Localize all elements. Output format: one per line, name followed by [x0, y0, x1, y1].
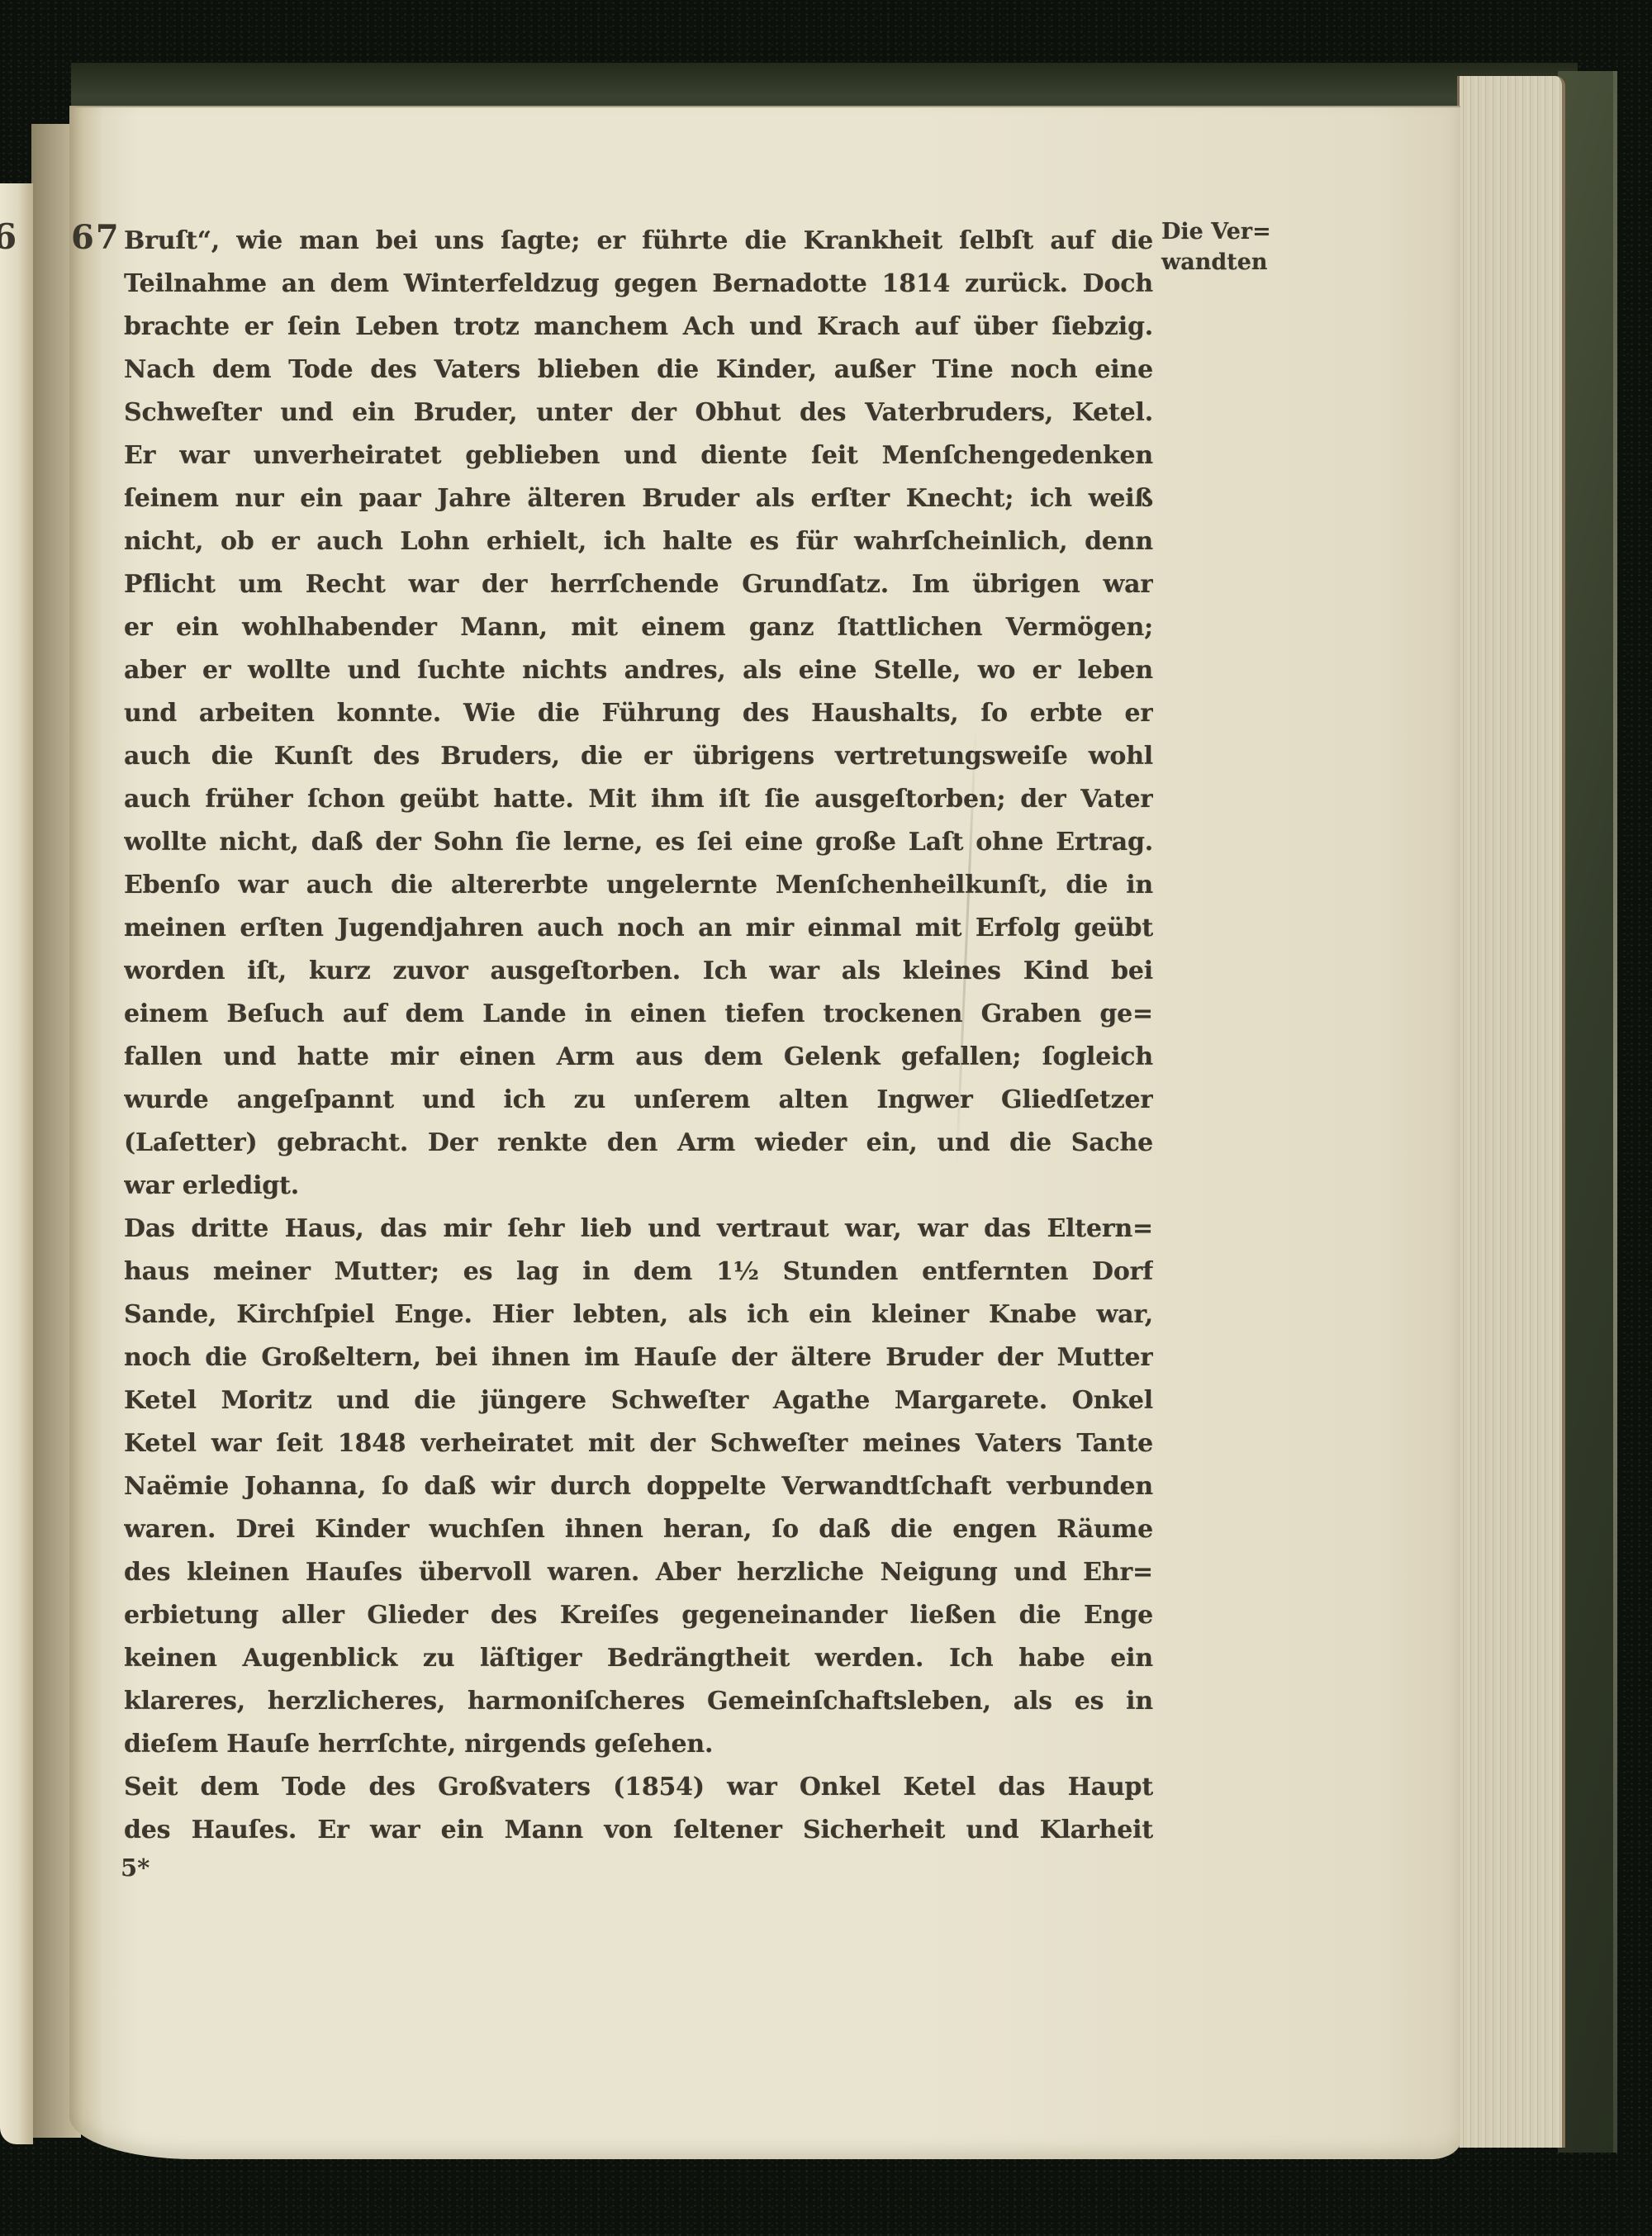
text-line: Naëmie Johanna, ſo daß wir durch doppelt…: [124, 1465, 1153, 1508]
text-line: keinen Augenblick zu läſtiger Bedrängthe…: [124, 1637, 1153, 1680]
margin-note-line: Die Ver=: [1161, 216, 1318, 247]
text-line: meinen erſten Jugendjahren auch noch an …: [124, 907, 1153, 950]
book-scan-photo: 6 67 Die Ver= wandten Bruſt“, wie man be…: [0, 0, 1652, 2236]
previous-page-edge: [0, 183, 33, 2144]
text-line: Pflicht um Recht war der herrſchende Gru…: [124, 563, 1153, 606]
text-line: ſeinem nur ein paar Jahre älteren Bruder…: [124, 477, 1153, 520]
text-line: Nach dem Tode des Vaters blieben die Kin…: [124, 349, 1153, 392]
stray-page-digit: 6: [0, 216, 17, 257]
text-line: des kleinen Hauſes übervoll waren. Aber …: [124, 1551, 1153, 1594]
text-line: auch früher ſchon geübt hatte. Mit ihm i…: [124, 778, 1153, 821]
text-line: nicht, ob er auch Lohn erhielt, ich halt…: [124, 520, 1153, 563]
text-line: war erledigt.: [124, 1165, 1153, 1208]
book-cover-right-edge: [1558, 71, 1617, 2153]
text-line: auch die Kunſt des Bruders, die er übrig…: [124, 735, 1153, 778]
text-line: er ein wohlhabender Mann, mit einem ganz…: [124, 606, 1153, 649]
text-line: (Laſetter) gebracht. Der renkte den Arm …: [124, 1122, 1153, 1165]
page-stack-fore-edge: [1457, 76, 1565, 2148]
text-line: Teilnahme an dem Winterfeldzug gegen Ber…: [124, 263, 1153, 306]
text-line: noch die Großeltern, bei ihnen im Hauſe …: [124, 1336, 1153, 1379]
text-line: aber er wollte und ſuchte nichts andres,…: [124, 649, 1153, 692]
text-line: Das dritte Haus, das mir ſehr lieb und v…: [124, 1208, 1153, 1251]
text-line: brachte er ſein Leben trotz manchem Ach …: [124, 306, 1153, 349]
text-line: dieſem Hauſe herrſchte, nirgends geſehen…: [124, 1723, 1153, 1766]
text-line: waren. Drei Kinder wuchſen ihnen heran, …: [124, 1508, 1153, 1551]
text-line: Bruſt“, wie man bei uns ſagte; er führte…: [124, 220, 1153, 263]
signature-mark: 5*: [121, 1854, 150, 1882]
text-line: fallen und hatte mir einen Arm aus dem G…: [124, 1036, 1153, 1079]
text-line: Ketel war ſeit 1848 verheiratet mit der …: [124, 1422, 1153, 1465]
text-line: wollte nicht, daß der Sohn ſie lerne, es…: [124, 821, 1153, 864]
margin-note: Die Ver= wandten: [1161, 216, 1318, 278]
margin-note-line: wandten: [1161, 247, 1318, 278]
text-line: erbietung aller Glieder des Kreiſes gege…: [124, 1594, 1153, 1637]
text-line: haus meiner Mutter; es lag in dem 1½ Stu…: [124, 1251, 1153, 1294]
text-line: wurde angeſpannt und ich zu unſerem alte…: [124, 1079, 1153, 1122]
text-line: klareres, herzlicheres, harmoniſcheres G…: [124, 1680, 1153, 1723]
text-line: und arbeiten konnte. Wie die Führung des…: [124, 692, 1153, 735]
text-line: Ebenſo war auch die altererbte ungelernt…: [124, 864, 1153, 907]
text-line: Schweſter und ein Bruder, unter der Obhu…: [124, 392, 1153, 434]
text-line: worden iſt, kurz zuvor ausgeſtorben. Ich…: [124, 950, 1153, 993]
page-number: 67: [71, 218, 122, 257]
text-line: des Hauſes. Er war ein Mann von ſeltener…: [124, 1809, 1153, 1852]
text-line: Ketel Moritz und die jüngere Schweſter A…: [124, 1379, 1153, 1422]
text-line: Er war unverheiratet geblieben und dient…: [124, 434, 1153, 477]
text-line: Sande, Kirchſpiel Enge. Hier lebten, als…: [124, 1294, 1153, 1336]
text-line: einem Beſuch auf dem Lande in einen tief…: [124, 993, 1153, 1036]
body-text: Bruſt“, wie man bei uns ſagte; er führte…: [124, 220, 1153, 1852]
text-line: Seit dem Tode des Großvaters (1854) war …: [124, 1766, 1153, 1809]
